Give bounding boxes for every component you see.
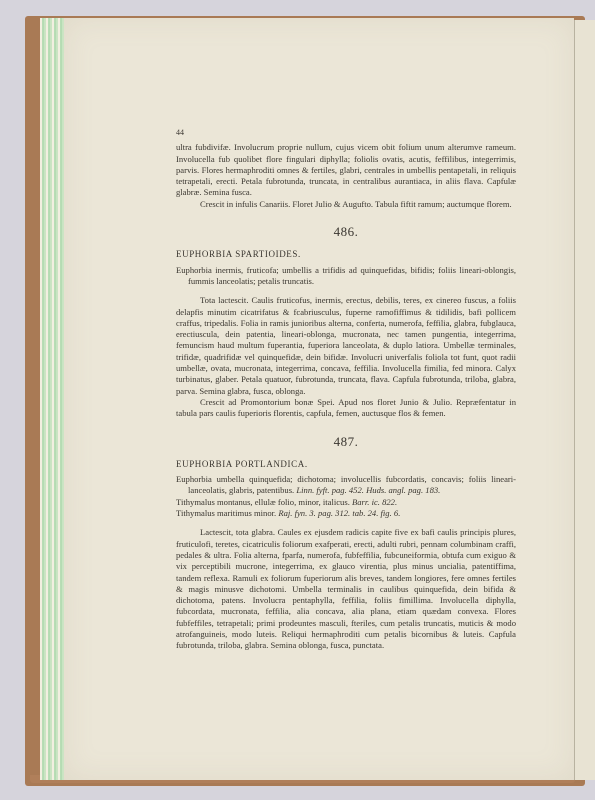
continuation-description: ultra fubdivifæ. Involucrum proprie null… [176,142,516,198]
species-name: EUPHORBIA SPARTIOIDES. [176,249,516,260]
species-description: Tota lactescit. Caulis fruticofus, inerm… [176,295,516,397]
facing-page-edge [574,20,595,780]
synonym-ref: Barr. ic. 822. [352,497,397,507]
page-number: 44 [176,127,516,138]
continuation-habitat: Crescit in infulis Canariis. Floret Juli… [176,199,516,210]
entry-number: 487. [176,436,516,447]
entry-number: 486. [176,226,516,237]
diagnosis-refs: Linn. fyft. pag. 452. Huds. angl. pag. 1… [296,485,440,495]
species-description: Lactescit, tota glabra. Caules ex ejusde… [176,527,516,651]
synonym-text: Tithymalus montanus, ellulæ folio, minor… [176,497,350,507]
page-text: 44 ultra fubdivifæ. Involucrum proprie n… [176,127,516,652]
species-habitat: Crescit ad Promontorium bonæ Spei. Apud … [176,397,516,420]
synonym: Tithymalus montanus, ellulæ folio, minor… [176,497,516,508]
species-name: EUPHORBIA PORTLANDICA. [176,459,516,470]
synonym: Tithymalus maritimus minor. Raj. fyn. 3.… [176,508,516,519]
species-diagnosis: Euphorbia umbella quinquefida; dichotoma… [176,474,516,497]
page-edges-green [40,18,66,780]
synonym-ref: Raj. fyn. 3. pag. 312. tab. 24. fig. 6. [278,508,400,518]
species-diagnosis: Euphorbia inermis, fruticofa; umbellis a… [176,265,516,288]
synonym-text: Tithymalus maritimus minor. [176,508,276,518]
